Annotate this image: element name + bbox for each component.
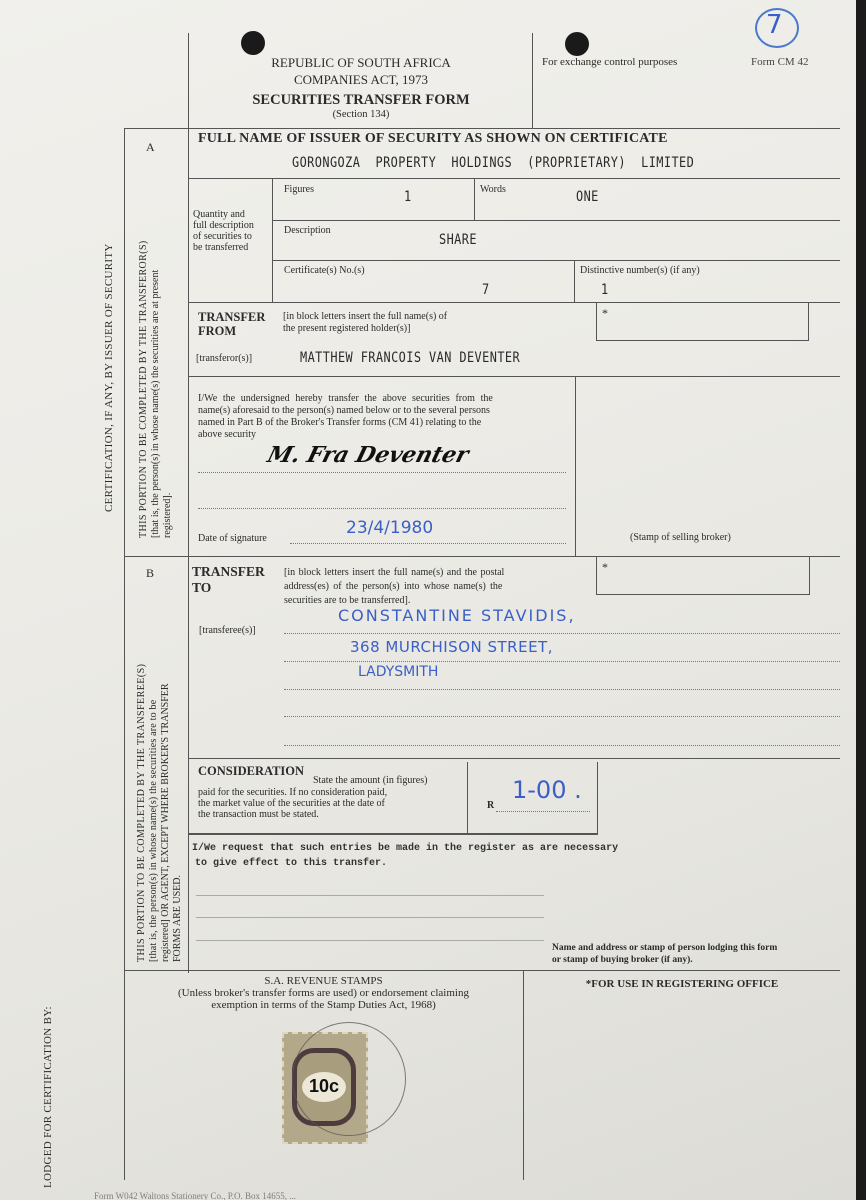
transferee-line-1 [284,633,840,634]
transfer-to-instruction-2: address(es) of the person(s) into whose … [284,581,502,592]
transfer-to-office-box [596,556,810,595]
section-b-instruction-1: THIS PORTION TO BE COMPLETED BY THE TRAN… [136,664,147,962]
transferee-label: [transferee(s)] [199,625,256,636]
certification-label: CERTIFICATION, IF ANY, BY ISSUER OF SECU… [103,243,115,512]
certificate-distinctive-divider [574,260,575,302]
section-b-instruction-4: FORMS ARE USED. [172,875,183,962]
consideration-amount-field[interactable]: 1-00 . [512,776,582,804]
transfer-from-office-box [596,302,809,341]
punch-hole-right [565,32,589,56]
section-b-instruction-3: registered] OR AGENT, EXCEPT WHERE BROKE… [160,683,171,962]
request-line-1: I/We request that such entries be made i… [192,843,618,854]
revenue-stamps-line-3: exemption in terms of the Stamp Duties A… [124,999,523,1011]
words-field[interactable]: ONE [576,189,599,205]
request-line-c [196,940,544,941]
signature-line-2 [198,508,566,509]
transferee-name-field[interactable]: CONSTANTINE STAVIDIS, [338,606,576,625]
consideration-text-3: the market value of the securities at th… [198,798,385,809]
consideration-heading: CONSIDERATION [198,764,304,779]
revenue-stamps-title: S.A. REVENUE STAMPS [124,975,523,987]
consideration-bottom-rule [188,833,598,835]
transferee-line-5 [284,745,840,746]
description-label: Description [284,225,331,236]
transfer-to-instruction-3: securities are to be transferred]. [284,595,410,606]
quantity-label-2: full description [193,220,254,231]
consideration-text-4: the transaction must be stated. [198,809,319,820]
distinctive-label: Distinctive number(s) (if any) [580,265,700,276]
selling-broker-stamp-label: (Stamp of selling broker) [630,532,731,543]
label-column-right-rule [188,128,189,973]
request-line-2: to give effect to this transfer. [195,858,387,869]
transfer-to-heading-1: TRANSFER [192,564,265,580]
transferor-name-field[interactable]: MATTHEW FRANCOIS VAN DEVENTER [300,350,520,366]
amount-line [496,811,590,812]
issuer-name-field[interactable]: GORONGOZA PROPERTY HOLDINGS (PROPRIETARY… [292,155,694,171]
act-label: COMPANIES ACT, 1973 [190,72,532,88]
scan-edge [856,0,866,1200]
page-title: SECURITIES TRANSFER FORM [190,92,532,109]
certificate-field[interactable]: 7 [482,282,490,298]
request-line-a [196,895,544,896]
registering-office-label: *FOR USE IN REGISTERING OFFICE [524,978,840,990]
distinctive-field[interactable]: 1 [601,282,609,298]
transfer-from-heading-2: FROM [198,324,236,339]
request-line-b [196,917,544,918]
signature-line-1 [198,472,566,473]
transfer-from-instruction-2: the present registered holder(s)] [283,323,410,334]
consideration-text-2: paid for the securities. If no considera… [198,787,387,798]
declaration-top-rule [188,376,840,377]
transfer-to-instruction-1: [in block letters insert the full name(s… [284,567,504,578]
figures-words-divider [474,178,475,220]
header-divider [532,33,533,128]
issuer-label: FULL NAME OF ISSUER OF SECURITY AS SHOWN… [198,131,668,147]
section-label: (Section 134) [190,109,532,120]
lodged-label: LODGED FOR CERTIFICATION BY: [42,1006,54,1188]
description-field[interactable]: SHARE [439,232,477,248]
transfer-to-asterisk: * [602,560,608,575]
declaration-line-2: name(s) aforesaid to the person(s) named… [198,405,490,416]
quantity-top-rule [188,178,840,179]
transferee-line-3 [284,689,840,690]
bottom-top-rule [124,970,840,971]
transferee-line-2 [284,661,840,662]
consideration-right-rule [597,762,598,834]
postmark [292,1022,406,1136]
printer-imprint: Form W042 Waltons Stationery Co., P.O. B… [94,1191,296,1200]
transfer-to-heading-2: TO [192,580,211,596]
certificate-top-rule [272,260,840,261]
transfer-from-asterisk: * [602,306,608,321]
bottom-divider [523,970,524,1180]
date-of-signature-field[interactable]: 23/4/1980 [346,518,433,538]
words-label: Words [480,184,506,195]
signature-field[interactable]: M. Fra Deventer [265,442,472,468]
section-a-instruction-3: registered]. [162,493,173,538]
section-a-instruction-2: [that is, the person(s) in whose name(s)… [150,270,161,538]
consideration-text-1: State the amount (in figures) [313,775,427,786]
transfer-from-instruction-1: [in block letters insert the full name(s… [283,311,447,322]
declaration-right-rule [575,376,576,556]
republic-label: REPUBLIC OF SOUTH AFRICA [190,55,532,71]
quantity-label-4: be transferred [193,242,248,253]
lodging-note-1: Name and address or stamp of person lodg… [552,943,777,953]
description-top-rule [272,220,840,221]
transferee-line-4 [284,716,840,717]
circled-number-value: 7 [766,10,783,40]
quantity-label-3: of securities to [193,231,252,242]
declaration-line-4: above security [198,429,256,440]
transferee-town-field[interactable]: LADYSMITH [358,664,438,680]
consideration-amount-divider [467,762,468,834]
form-paper [0,0,856,1200]
date-of-signature-line [290,543,566,544]
figures-label: Figures [284,184,314,195]
revenue-stamps-line-2: (Unless broker's transfer forms are used… [124,987,523,999]
date-of-signature-label: Date of signature [198,533,267,544]
section-b-letter: B [146,566,154,581]
quantity-inner-rule [272,178,273,302]
section-a-letter: A [146,140,155,155]
certificate-label: Certificate(s) No.(s) [284,265,365,276]
section-b-instruction-2: [that is, the person(s) in whose name(s)… [148,700,159,962]
outer-left-rule [188,33,189,128]
quantity-label-1: Quantity and [193,209,245,220]
transferor-label: [transferor(s)] [196,353,252,364]
transferee-street-field[interactable]: 368 MURCHISON STREET, [350,638,553,656]
declaration-line-1: I/We the undersigned hereby transfer the… [198,393,493,404]
punch-hole-left [241,31,265,55]
exchange-control-label: For exchange control purposes [542,56,677,68]
declaration-line-3: named in Part B of the Broker's Transfer… [198,417,481,428]
transfer-from-heading-1: TRANSFER [198,310,265,325]
currency-label: R [487,800,494,811]
form-number: Form CM 42 [751,56,808,68]
section-a-top-rule [124,128,840,129]
figures-field[interactable]: 1 [404,189,412,205]
section-a-left-rule [124,128,125,973]
lodging-note-2: or stamp of buying broker (if any). [552,955,693,965]
section-a-instruction-1: THIS PORTION TO BE COMPLETED BY THE TRAN… [138,240,149,538]
consideration-top-rule [188,758,840,759]
